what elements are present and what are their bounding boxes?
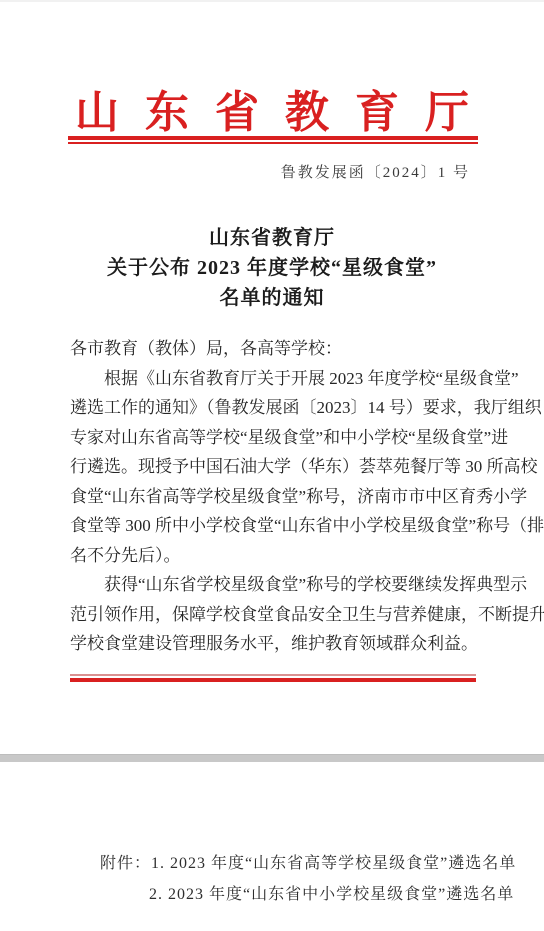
notice-title: 山东省教育厅 关于公布 2023 年度学校“星级食堂” 名单的通知 — [0, 223, 544, 313]
notice-title-line3: 名单的通知 — [0, 283, 544, 313]
footer-double-rule — [70, 674, 476, 682]
page-break-bar — [0, 754, 544, 762]
paragraph1-line: 遴选工作的通知》（鲁教发展函〔2023〕14 号）要求，我厅组织 — [70, 393, 480, 423]
paragraph1-line: 专家对山东省高等学校“星级食堂”和中小学校“星级食堂”进 — [70, 423, 480, 453]
salutation: 各市教育（教体）局，各高等学校： — [70, 334, 480, 364]
paragraph2-line: 范引领作用，保障学校食堂食品安全卫生与营养健康，不断提升 — [70, 600, 480, 630]
letterhead-double-rule — [68, 136, 478, 144]
notice-body: 各市教育（教体）局，各高等学校： 根据《山东省教育厅关于开展 2023 年度学校… — [70, 334, 480, 659]
paragraph1-line: 根据《山东省教育厅关于开展 2023 年度学校“星级食堂” — [70, 364, 480, 394]
letterhead-rule-thin — [68, 142, 478, 144]
paragraph1-line: 食堂等 300 所中小学校食堂“山东省中小学校星级食堂”称号（排 — [70, 511, 480, 541]
notice-title-line2: 关于公布 2023 年度学校“星级食堂” — [0, 253, 544, 283]
paragraph1-line: 名不分先后）。 — [70, 541, 480, 571]
document-number: 鲁教发展函〔2024〕1 号 — [281, 161, 470, 182]
paragraph2-line: 学校食堂建设管理服务水平，维护教育领域群众利益。 — [70, 629, 480, 659]
attachments-label: 附件： — [100, 848, 151, 879]
page-top-edge — [0, 0, 544, 2]
paragraph1-line: 食堂“山东省高等学校星级食堂”称号，济南市市中区育秀小学 — [70, 482, 480, 512]
letterhead-agency-name: 山东省教育厅 — [0, 76, 544, 140]
paragraph2-line: 获得“山东省学校星级食堂”称号的学校要继续发挥典型示 — [70, 570, 480, 600]
attachment-item-2: 2. 2023 年度“山东省中小学校星级食堂”遴选名单 — [149, 879, 514, 910]
attachment-item-1: 1. 2023 年度“山东省高等学校星级食堂”遴选名单 — [151, 848, 516, 879]
paragraph1-line: 行遴选。现授予中国石油大学（华东）荟萃苑餐厅等 30 所高校 — [70, 452, 480, 482]
document-page: 山东省教育厅 鲁教发展函〔2024〕1 号 山东省教育厅 关于公布 2023 年… — [0, 0, 544, 931]
attachments-block: 附件： 1. 2023 年度“山东省高等学校星级食堂”遴选名单 2. 2023 … — [100, 848, 516, 910]
footer-rule-thick — [70, 678, 476, 682]
notice-title-line1: 山东省教育厅 — [0, 223, 544, 253]
